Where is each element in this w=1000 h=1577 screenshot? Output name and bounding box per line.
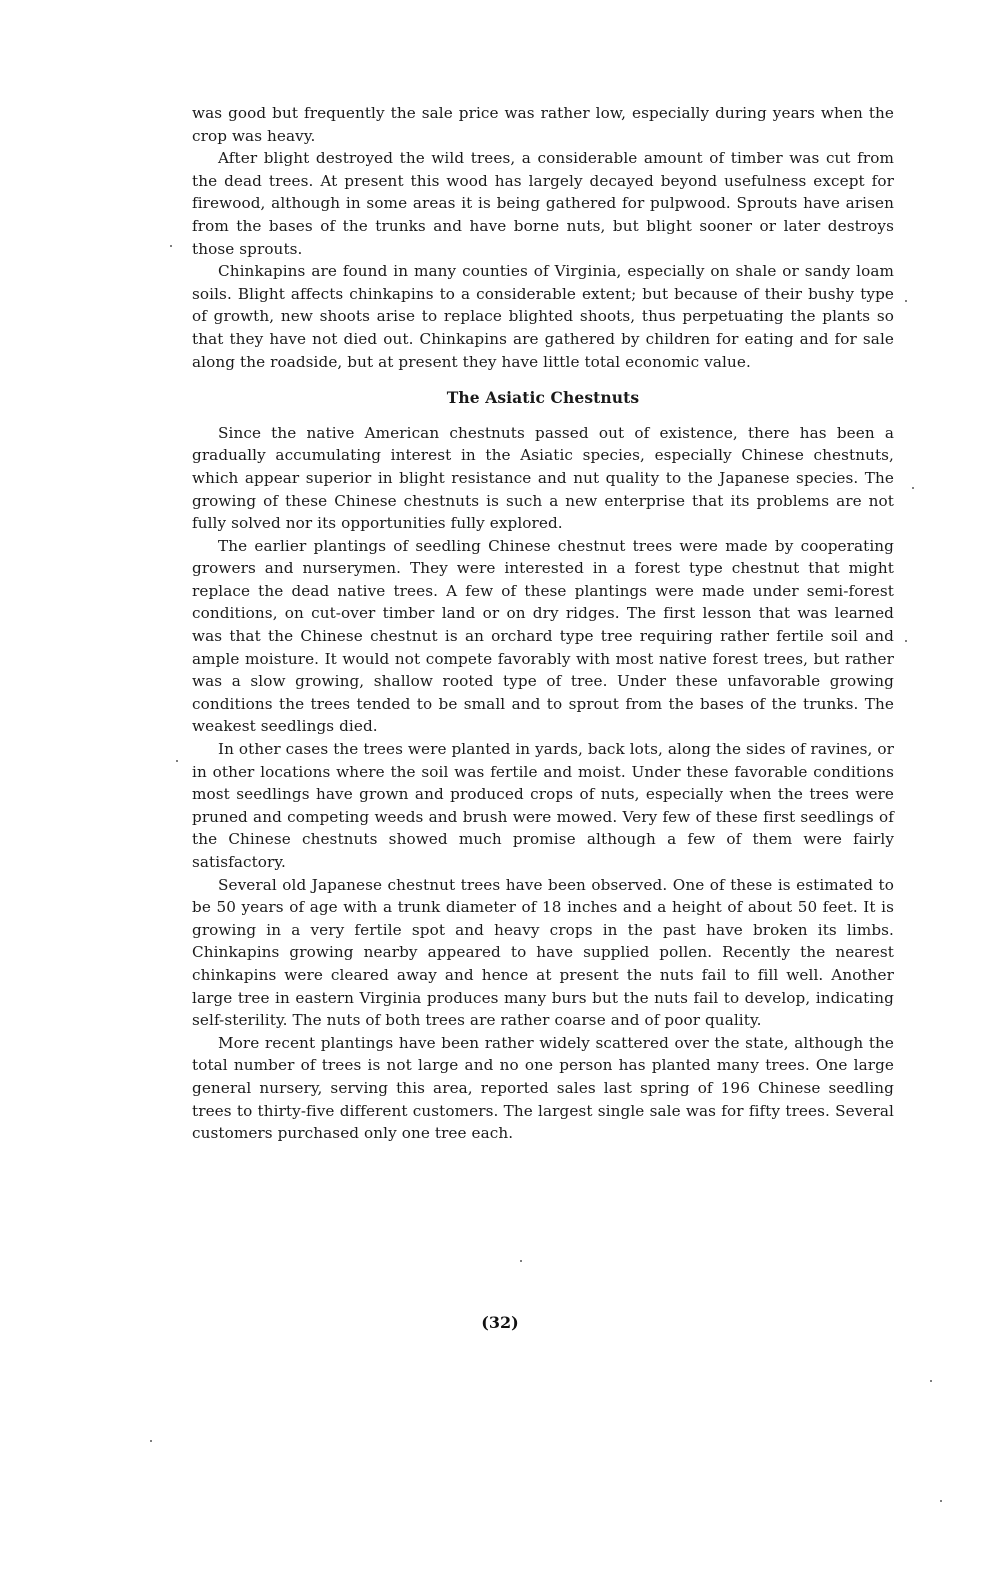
paragraph-japanese-trees: Several old Japanese chestnut trees have…	[192, 874, 894, 1032]
scan-speck	[912, 487, 914, 489]
scan-speck	[905, 300, 907, 302]
scan-speck	[176, 760, 178, 762]
scan-speck	[930, 1380, 932, 1382]
paragraph-asiatic-intro: Since the native American chestnuts pass…	[192, 422, 894, 535]
paragraph-other-cases: In other cases the trees were planted in…	[192, 738, 894, 874]
page-number: (32)	[0, 1313, 1000, 1332]
paragraph-earlier-plantings: The earlier plantings of seedling Chines…	[192, 535, 894, 738]
paragraph-recent-plantings: More recent plantings have been rather w…	[192, 1032, 894, 1145]
scan-speck	[170, 245, 172, 247]
scan-speck	[150, 1440, 152, 1442]
scan-speck	[940, 1500, 942, 1502]
paragraph-blight-timber: After blight destroyed the wild trees, a…	[192, 147, 894, 260]
scan-speck	[520, 1260, 522, 1262]
paragraph-chinkapins: Chinkapins are found in many counties of…	[192, 260, 894, 373]
section-heading: The Asiatic Chestnuts	[192, 387, 894, 410]
paragraph-continuation: was good but frequently the sale price w…	[192, 102, 894, 147]
document-page: was good but frequently the sale price w…	[192, 102, 894, 1145]
scan-speck	[905, 640, 907, 642]
